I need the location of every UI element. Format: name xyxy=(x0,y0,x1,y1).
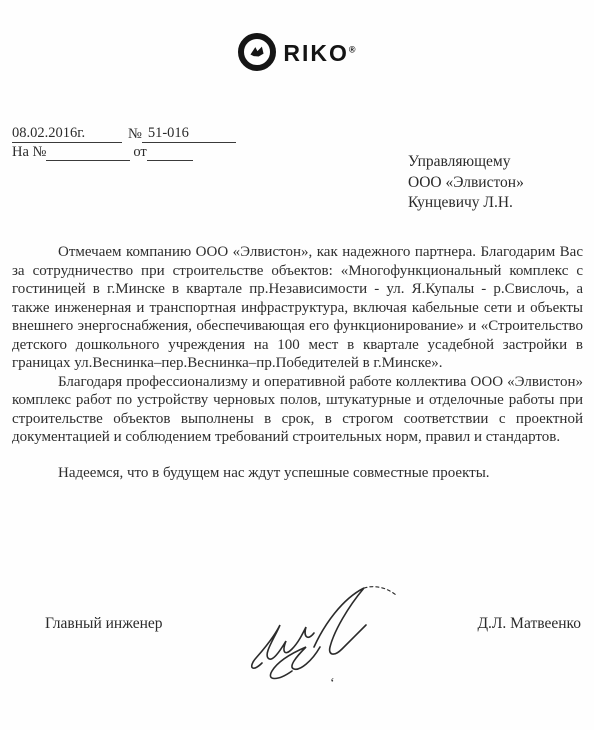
handwritten-signature xyxy=(248,585,403,695)
signer-name: Д.Л. Матвеенко xyxy=(477,615,581,633)
from-label: от xyxy=(133,144,146,160)
letter-body: Отмечаем компанию ООО «Элвистон», как на… xyxy=(12,243,583,482)
letter-date: 08.02.2016г. xyxy=(12,125,122,143)
paragraph-objects: Отмечаем компанию ООО «Элвистон», как на… xyxy=(12,243,583,373)
reference-row-date-number: 08.02.2016г.№51-016 xyxy=(12,125,236,144)
paragraph-quality: Благодаря профессионализму и оперативной… xyxy=(12,373,583,447)
on-number-label: На № xyxy=(12,144,46,160)
from-blank-line xyxy=(147,160,193,161)
signer-title: Главный инженер xyxy=(45,615,163,633)
reference-block: 08.02.2016г.№51-016 На №от xyxy=(12,125,236,163)
letterhead-logo: RIKO® xyxy=(0,33,594,71)
registered-trademark-mark: ® xyxy=(349,44,356,54)
on-number-blank-line xyxy=(46,160,130,161)
letter-number: 51-016 xyxy=(142,125,236,143)
logo-brand-text: RIKO® xyxy=(283,40,355,67)
paragraph-closing: Надеемся, что в будущем нас ждут успешны… xyxy=(12,464,583,483)
addressee-block: Управляющему ООО «Элвистон» Кунцевичу Л.… xyxy=(408,152,524,214)
addressee-position: Управляющему xyxy=(408,152,524,173)
logo-brand-name: RIKO xyxy=(283,40,349,66)
signature-ink-mark: ʻ xyxy=(330,676,335,692)
reference-row-reply: На №от xyxy=(12,144,236,163)
addressee-company: ООО «Элвистон» xyxy=(408,173,524,194)
scanned-letter-page: RIKO® 08.02.2016г.№51-016 На №от Управля… xyxy=(0,0,594,730)
number-label: № xyxy=(128,126,142,142)
addressee-name: Кунцевичу Л.Н. xyxy=(408,193,524,214)
riko-ring-bird-icon xyxy=(238,33,276,71)
